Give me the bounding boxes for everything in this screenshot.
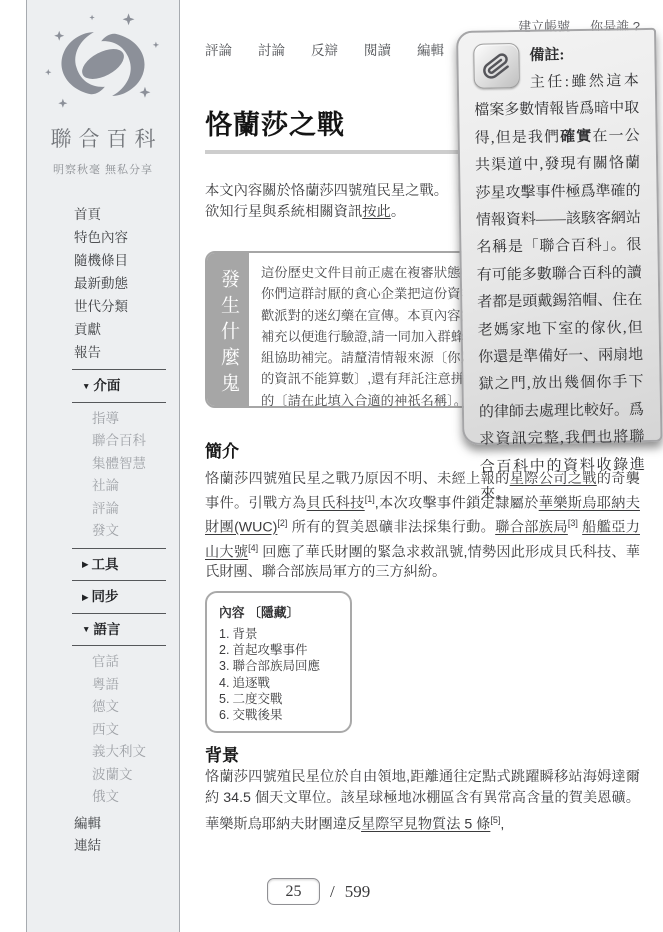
wiki-page: 聯合百科 明察秋毫 無私分享 首頁特色內容隨機條目最新動態世代分類貢獻報告 ▼介… <box>0 0 663 932</box>
sidebar-subitem-language[interactable]: 俄文 <box>92 786 179 809</box>
page-tab[interactable]: 反辯 <box>311 39 338 59</box>
sidebar-item[interactable]: 特色內容 <box>74 226 179 249</box>
sidebar-subitem-language[interactable]: 粵語 <box>92 674 179 697</box>
sidebar-divider <box>72 580 166 581</box>
sidebar-divider <box>72 645 166 646</box>
inline-link[interactable]: 按此 <box>362 204 391 220</box>
sidebar-item[interactable]: 隨機條目 <box>74 249 179 272</box>
sidebar-group-sync[interactable]: ▶同步 <box>82 586 179 608</box>
triangle-right-icon: ▶ <box>82 592 89 602</box>
sticky-note: 備註: 主任:雖然這本檔案多數情報皆爲暗中取得,但是我們確實在一公共渠道中,發現… <box>456 28 662 445</box>
sidebar-subitem-language[interactable]: 西文 <box>92 719 179 742</box>
section-heading-background: 背景 <box>205 741 239 766</box>
reference-superscript[interactable]: [2] <box>277 518 287 528</box>
toc-item[interactable]: 3.聯合部族局回應 <box>219 658 338 674</box>
table-of-contents: 內容 〔隱藏〕 1.背景 2.首起攻擊事件 3.聯合部族局回應 <box>205 591 352 733</box>
page-title: 恪蘭莎之戰 <box>205 103 345 142</box>
sidebar-group-interface[interactable]: ▼介面 <box>82 375 179 397</box>
note-body: 主任:雖然這本檔案多數情報皆爲暗中取得,但是我們確實在一公共渠道中,發現有關恪蘭… <box>474 68 646 509</box>
site-title: 聯合百科 <box>27 123 179 153</box>
sidebar-divider <box>72 548 166 549</box>
sidebar-subitem[interactable]: 發文 <box>92 520 179 543</box>
sidebar-item[interactable]: 首頁 <box>74 203 179 226</box>
sidebar-subitem-language[interactable]: 義大利文 <box>92 741 179 764</box>
sidebar-divider <box>72 613 166 614</box>
page-tabs: 評論討論反辯閱讀編輯歷史 <box>205 39 497 59</box>
sidebar-subitem[interactable]: 社論 <box>92 475 179 498</box>
toc-item[interactable]: 6.交戰後果 <box>219 707 338 723</box>
reference-superscript[interactable]: [1] <box>365 494 375 504</box>
inline-link[interactable]: 貝氏科技 <box>307 496 365 512</box>
sidebar-item[interactable]: 編輯 <box>74 813 179 835</box>
sidebar-divider <box>72 402 166 403</box>
section-heading-intro: 簡介 <box>205 437 239 462</box>
inline-link[interactable]: 星際罕見物質法 5 條 <box>361 817 490 833</box>
sidebar-subitem-language[interactable]: 官話 <box>92 651 179 674</box>
paperclip-icon <box>473 43 520 89</box>
galaxy-logo-icon <box>39 12 167 121</box>
sidebar-item[interactable]: 報告 <box>74 341 179 364</box>
sidebar-subitem[interactable]: 聯合百科 <box>92 430 179 453</box>
page-number-input[interactable]: 25 <box>267 878 320 905</box>
triangle-down-icon: ▼ <box>82 624 90 634</box>
triangle-right-icon: ▶ <box>82 559 89 569</box>
reference-superscript[interactable]: [4] <box>248 543 258 553</box>
toc-item[interactable]: 4.追逐戰 <box>219 675 338 691</box>
toc-hide-toggle[interactable]: 〔隱藏〕 <box>248 605 299 620</box>
page-tab[interactable]: 編輯 <box>417 39 444 59</box>
reference-superscript[interactable]: [5] <box>490 815 500 825</box>
triangle-down-icon: ▼ <box>82 381 90 391</box>
sidebar-subitem-language[interactable]: 德文 <box>92 696 179 719</box>
background-section-paragraph: 恪蘭莎四號殖民星位於自由領地,距離通往定點式跳躍瞬移站海姆達爾約 34.5 個天… <box>205 767 640 836</box>
page-tab[interactable]: 評論 <box>205 39 232 59</box>
pagination-total: 599 <box>345 882 371 902</box>
toc-header: 內容 〔隱藏〕 <box>219 602 338 621</box>
sidebar-group-tools[interactable]: ▶工具 <box>82 554 179 576</box>
inline-link[interactable]: 聯合部族局 <box>495 520 568 536</box>
reference-superscript[interactable]: [3] <box>568 518 578 528</box>
sidebar-menu: 首頁特色內容隨機條目最新動態世代分類貢獻報告 ▼介面 指導聯合百科集體智慧社論評… <box>27 203 179 857</box>
pagination-separator: / <box>330 882 335 902</box>
sidebar-subitem[interactable]: 集體智慧 <box>92 453 179 476</box>
sidebar-subitem-language[interactable]: 波蘭文 <box>92 764 179 787</box>
review-box-side-label: 發生什麼鬼 <box>207 253 249 406</box>
sidebar: 聯合百科 明察秋毫 無私分享 首頁特色內容隨機條目最新動態世代分類貢獻報告 ▼介… <box>26 0 180 932</box>
sidebar-item[interactable]: 連結 <box>74 835 179 857</box>
sidebar-item[interactable]: 貢獻 <box>74 318 179 341</box>
site-tagline: 明察秋毫 無私分享 <box>27 161 179 177</box>
toc-title: 內容 <box>219 605 245 620</box>
page-tab[interactable]: 討論 <box>258 39 285 59</box>
sidebar-subitem[interactable]: 評論 <box>92 498 179 521</box>
toc-item[interactable]: 1.背景 <box>219 626 338 642</box>
sidebar-item[interactable]: 最新動態 <box>74 272 179 295</box>
sidebar-item[interactable]: 世代分類 <box>74 295 179 318</box>
pagination: 25 / 599 <box>267 878 370 905</box>
sidebar-divider <box>72 369 166 370</box>
toc-item[interactable]: 2.首起攻擊事件 <box>219 642 338 658</box>
toc-item[interactable]: 5.二度交戰 <box>219 691 338 707</box>
sidebar-subitem[interactable]: 指導 <box>92 408 179 431</box>
page-tab[interactable]: 閱讀 <box>364 39 391 59</box>
sidebar-group-language[interactable]: ▼語言 <box>82 619 179 641</box>
